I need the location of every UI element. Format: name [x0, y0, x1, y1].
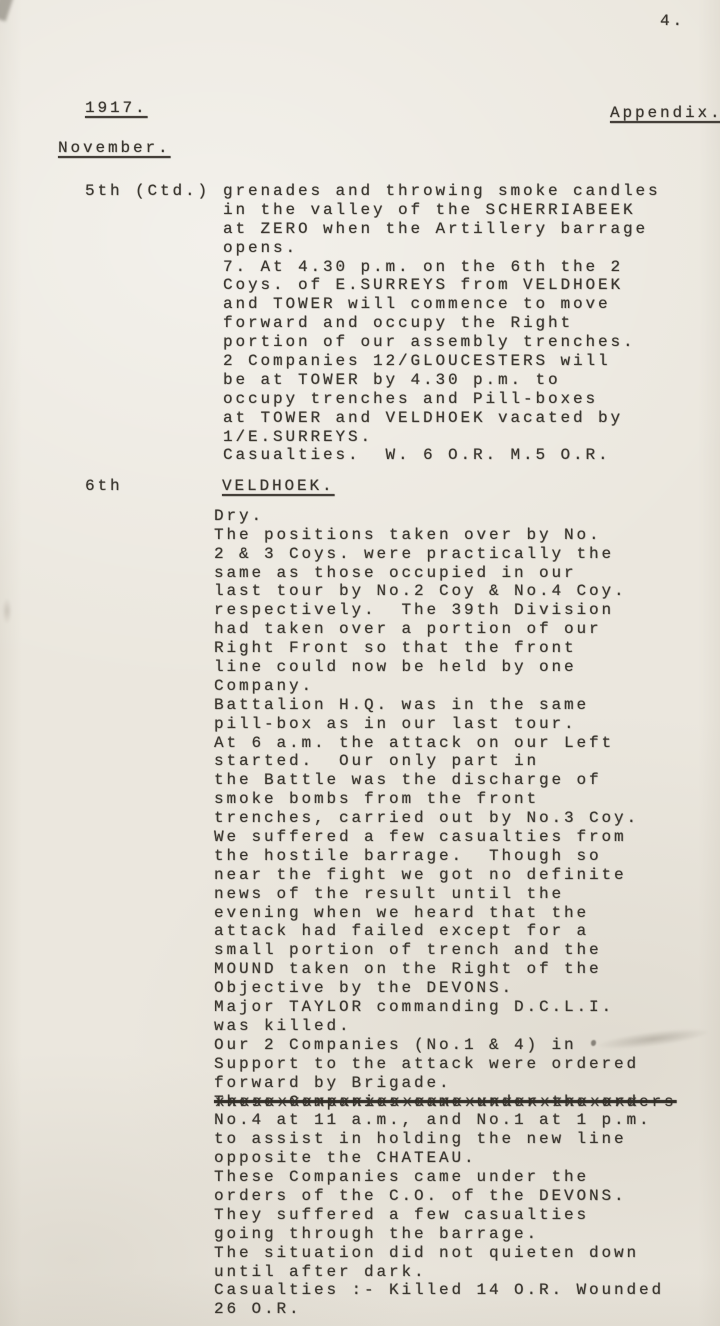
typed-line: 7. At 4.30 p.m. on the 6th the 2	[223, 258, 720, 277]
typed-line: to assist in holding the new line	[214, 1130, 720, 1149]
typed-line: the hostile barrage. Though so	[214, 847, 720, 866]
appendix-heading: Appendix.	[610, 104, 720, 122]
typed-line: opposite the CHATEAU.	[214, 1149, 720, 1168]
diary-entry-6th: 6th VELDHOEK. Dry.The positions taken ov…	[0, 477, 720, 1319]
typed-line: The situation did not quieten down	[214, 1244, 720, 1263]
typed-line: had taken over a portion of our	[214, 620, 720, 639]
typed-line: evening when we heard that the	[214, 904, 720, 923]
typed-line: The positions taken over by No.	[214, 526, 720, 545]
typed-line: These Companies came under the	[214, 1168, 720, 1187]
year-heading: 1917.	[85, 99, 148, 117]
typed-line: forward by Brigade.	[214, 1074, 720, 1093]
typed-line: We suffered a few casualties from	[214, 828, 720, 847]
typed-line: At 6 a.m. the attack on our Left	[214, 734, 720, 753]
page-number: 4.	[660, 12, 685, 30]
typed-line: occupy trenches and Pill-boxes	[223, 390, 720, 409]
typed-line: portion of our assembly trenches.	[223, 333, 720, 352]
typed-line: Support to the attack were ordered	[214, 1055, 720, 1074]
typed-line: Casualties. W. 6 O.R. M.5 O.R.	[223, 446, 720, 465]
overstrike-marks: xxxxxxxxxxxxxxxxxxxxxxxxxxxxxxxxxx	[215, 1093, 640, 1112]
typed-line: 2 Companies 12/GLOUCESTERS will	[223, 352, 720, 371]
entry-heading: VELDHOEK.	[222, 477, 335, 496]
typed-line: Right Front so that the front	[214, 639, 720, 658]
typed-line: Casualties :- Killed 14 O.R. Wounded	[214, 1281, 720, 1300]
typed-line: going through the barrage.	[214, 1225, 720, 1244]
typed-line: 26 O.R.	[214, 1300, 720, 1319]
typed-line: same as those occupied in our	[214, 564, 720, 583]
paper-corner-mark	[0, 0, 14, 22]
typed-line: 1/E.SURREYS.	[223, 428, 720, 447]
typed-line: until after dark.	[214, 1263, 720, 1282]
typed-line: small portion of trench and the	[214, 941, 720, 960]
typed-line: and TOWER will commence to move	[223, 295, 720, 314]
typed-line: forward and occupy the Right	[223, 314, 720, 333]
entry-date: 6th	[85, 477, 123, 495]
typed-line: in the valley of the SCHERRIABEEK	[223, 201, 720, 220]
typed-line: news of the result until the	[214, 885, 720, 904]
typed-line: opens.	[223, 239, 720, 258]
typed-line: respectively. The 39th Division	[214, 601, 720, 620]
typed-line: orders of the C.O. of the DEVONS.	[214, 1187, 720, 1206]
typed-line: Coys. of E.SURREYS from VELDHOEK	[223, 276, 720, 295]
typed-line: started. Our only part in	[214, 752, 720, 771]
typed-line: the Battle was the discharge of	[214, 771, 720, 790]
document-page: 4. 1917. Appendix. November. 5th (Ctd.) …	[0, 0, 720, 1326]
typed-line: Dry.	[214, 507, 720, 526]
typed-line: at TOWER and VELDHOEK vacated by	[223, 409, 720, 428]
typed-line: last tour by No.2 Coy & No.4 Coy.	[214, 582, 720, 601]
typed-line: No.4 at 11 a.m., and No.1 at 1 p.m.	[214, 1111, 720, 1130]
entry-date: 5th (Ctd.)	[85, 182, 210, 200]
typed-line: at ZERO when the Artillery barrage	[223, 220, 720, 239]
typed-line: pill-box as in our last tour.	[214, 715, 720, 734]
typed-line: They suffered a few casualties	[214, 1206, 720, 1225]
typed-line: line could now be held by one	[214, 658, 720, 677]
typed-line: be at TOWER by 4.30 p.m. to	[223, 371, 720, 390]
month-heading: November.	[58, 139, 171, 157]
typed-line: trenches, carried out by No.3 Coy.	[214, 809, 720, 828]
typed-line: 2 & 3 Coys. were practically the	[214, 545, 720, 564]
typed-line: These Companies came under the ordersxxx…	[214, 1093, 677, 1112]
entry-body: grenades and throwing smoke candlesin th…	[223, 182, 720, 465]
diary-entry-5th: 5th (Ctd.) grenades and throwing smoke c…	[0, 182, 720, 465]
typed-line: Major TAYLOR commanding D.C.L.I.	[214, 998, 720, 1017]
typed-line: near the fight we got no definite	[214, 866, 720, 885]
typed-line: grenades and throwing smoke candles	[223, 182, 720, 201]
typed-line: Battalion H.Q. was in the same	[214, 696, 720, 715]
typed-line: Company.	[214, 677, 720, 696]
typed-line: attack had failed except for a	[214, 922, 720, 941]
typed-line: smoke bombs from the front	[214, 790, 720, 809]
entry-body: Dry.The positions taken over by No.2 & 3…	[214, 507, 720, 1319]
typed-line: Objective by the DEVONS.	[214, 979, 720, 998]
typed-line: MOUND taken on the Right of the	[214, 960, 720, 979]
